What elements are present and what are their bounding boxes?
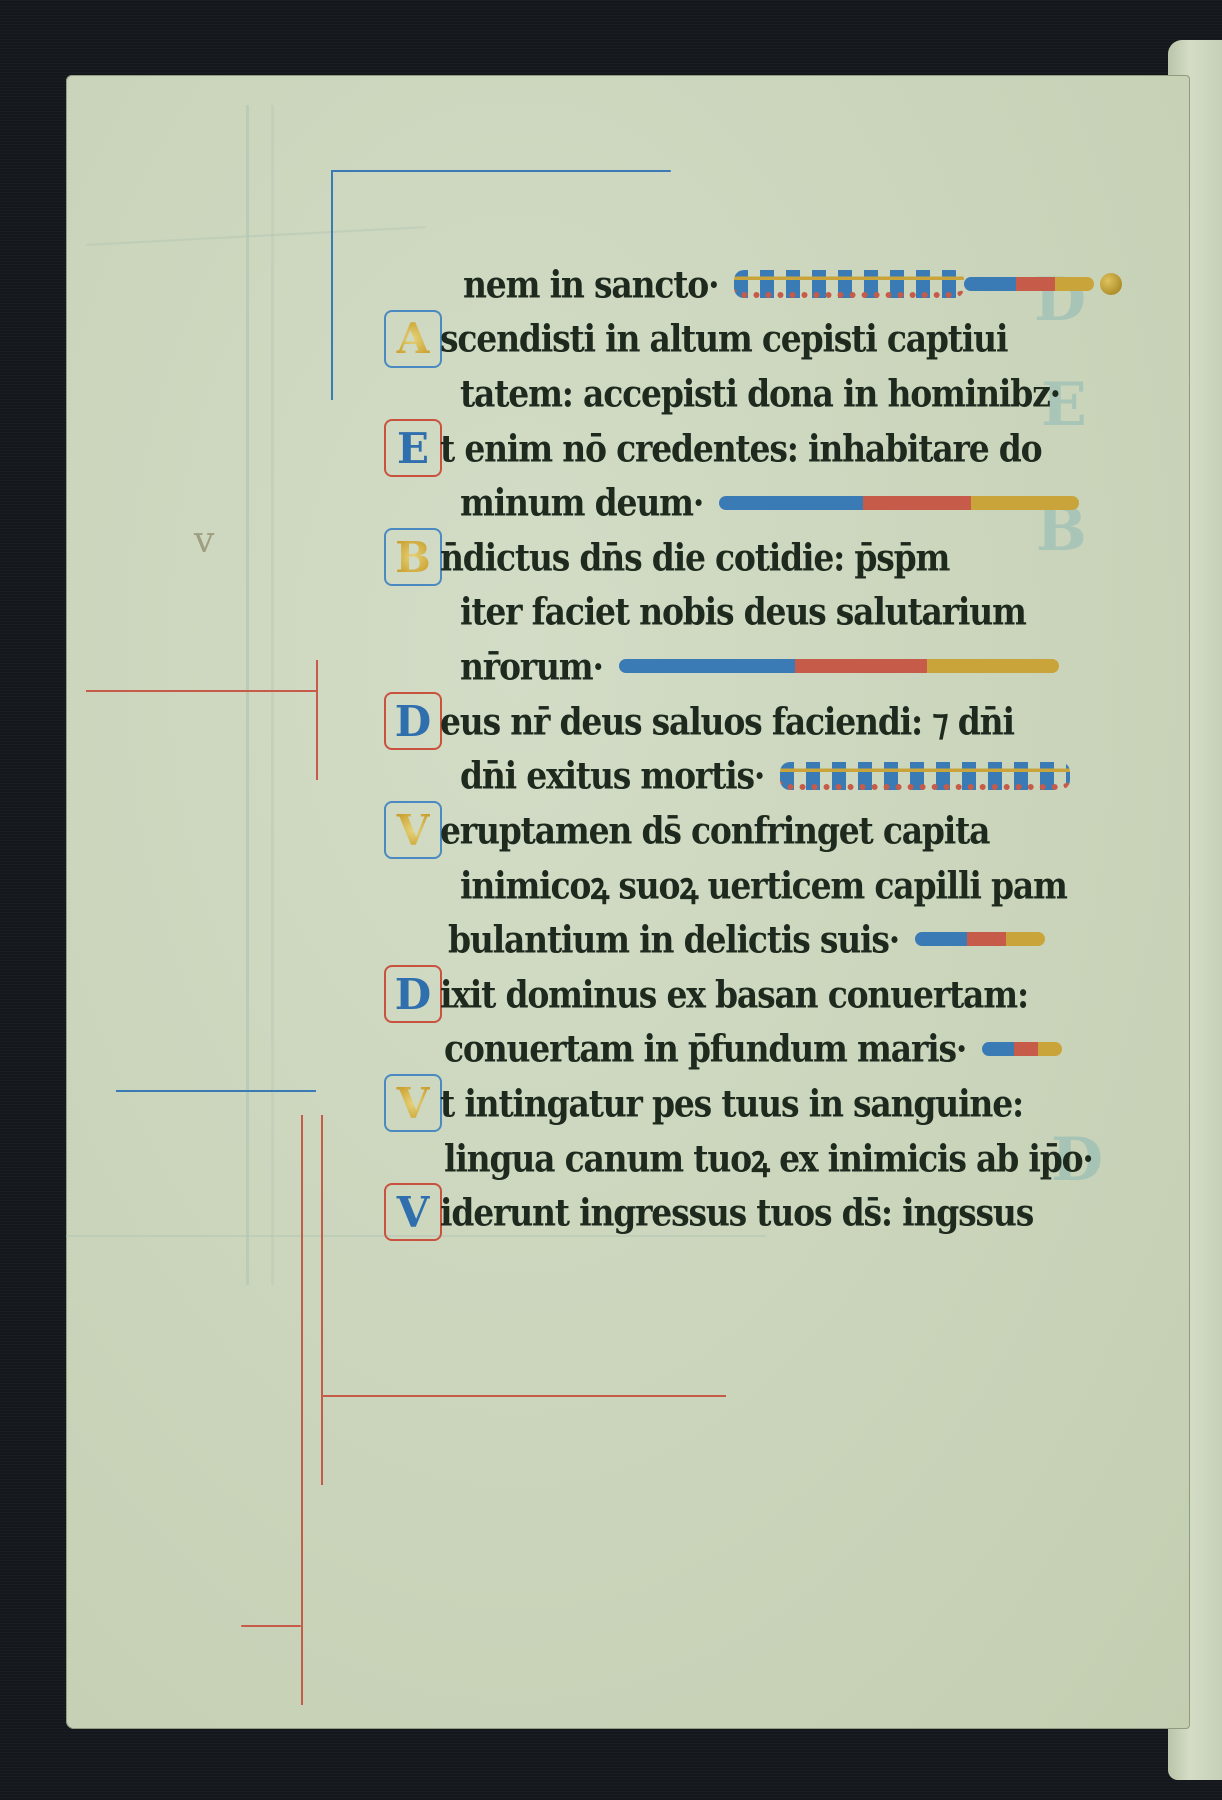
text-line: minum deum·	[388, 475, 1168, 530]
initial-letter: D	[388, 696, 438, 746]
line-filler-zigzag	[780, 762, 1070, 790]
text-line: V iderunt ingressus tuos ds̄: ingssus	[388, 1185, 1168, 1240]
text-line: conuertam in p̄fundum maris·	[388, 1021, 1168, 1076]
initial-letter: V	[388, 805, 438, 855]
blue-flourish-top	[331, 170, 671, 172]
line-text: scendisti in altum cepisti captiui	[440, 317, 1007, 361]
line-text: minum deum·	[460, 481, 703, 525]
text-line: inimicoꝝ suoꝝ uerticem capilli pam	[388, 858, 1168, 913]
text-line: B n̄dictus dn̄s die cotidie: p̄sp̄m	[388, 530, 1168, 585]
initial-letter: A	[388, 314, 438, 364]
line-text: inimicoꝝ suoꝝ uerticem capilli pam	[460, 860, 1067, 910]
initial-letter: B	[388, 532, 438, 582]
text-line: D eus nr̄ deus saluos faciendi: ⁊ dn̄i	[388, 694, 1168, 749]
line-text: iderunt ingressus tuos ds̄: ingssus	[440, 1191, 1033, 1235]
ruling-line	[86, 226, 426, 246]
text-line: V t intingatur pes tuus in sanguine:	[388, 1076, 1168, 1131]
line-text: lingua canum tuoꝝ ex inimicis ab ip̄o·	[444, 1133, 1093, 1183]
text-line: nem in sancto·	[388, 257, 1168, 312]
line-text: iter faciet nobis deus salutarium	[460, 590, 1026, 634]
line-filler-bar	[719, 496, 1079, 510]
line-text: t enim nō credentes: inhabitare do	[440, 426, 1041, 470]
red-flourish-bottom-stem-2	[321, 1115, 323, 1485]
text-line: tatem: accepisti dona in hominibz·	[388, 366, 1168, 421]
red-flourish-left	[86, 690, 316, 692]
line-text: dn̄i exitus mortis·	[460, 754, 764, 798]
text-line: bulantium in delictis suis·	[388, 912, 1168, 967]
initial-letter: V	[388, 1187, 438, 1237]
ruling-line	[271, 105, 274, 1285]
line-filler-bar	[619, 659, 1059, 673]
line-text: bulantium in delictis suis·	[448, 918, 899, 962]
line-text: ixit dominus ex basan conuertam:	[440, 972, 1028, 1016]
initial-letter: D	[388, 969, 438, 1019]
text-line: A scendisti in altum cepisti captiui	[388, 312, 1168, 367]
initial-letter: E	[388, 423, 438, 473]
line-text: nr̄orum·	[460, 645, 603, 689]
text-line: D ixit dominus ex basan conuertam:	[388, 967, 1168, 1022]
text-line: dn̄i exitus mortis·	[388, 748, 1168, 803]
red-flourish-stem	[316, 660, 318, 780]
text-line: nr̄orum·	[388, 639, 1168, 694]
margin-mark: v	[194, 520, 214, 561]
gold-dot-icon	[1100, 273, 1122, 295]
text-line: iter faciet nobis deus salutarium	[388, 585, 1168, 640]
red-flourish-bottom-bar	[321, 1395, 726, 1397]
line-filler-bar	[964, 277, 1094, 291]
line-text: eus nr̄ deus saluos faciendi: ⁊ dn̄i	[440, 699, 1014, 743]
line-text: nem in sancto·	[463, 262, 718, 306]
line-text: conuertam in p̄fundum maris·	[444, 1027, 966, 1071]
line-text: eruptamen ds̄ confringet capita	[440, 808, 989, 852]
blue-flourish-stem	[331, 170, 333, 400]
manuscript-page: v D E B D nem in sancto· A scendisti in …	[66, 75, 1190, 1729]
line-filler-bar	[915, 932, 1045, 946]
initial-letter: V	[388, 1078, 438, 1128]
text-line: lingua canum tuoꝝ ex inimicis ab ip̄o·	[388, 1131, 1168, 1186]
red-flourish-bottom-stem	[301, 1115, 303, 1705]
text-line: E t enim nō credentes: inhabitare do	[388, 421, 1168, 476]
red-flourish-tail	[241, 1625, 301, 1627]
text-line: V eruptamen ds̄ confringet capita	[388, 803, 1168, 858]
blue-flourish-left	[116, 1090, 316, 1092]
line-filler-bar	[982, 1042, 1062, 1056]
line-filler-zigzag	[734, 270, 964, 298]
ruling-line	[246, 105, 249, 1285]
line-text: t intingatur pes tuus in sanguine:	[440, 1081, 1023, 1125]
line-text: tatem: accepisti dona in hominibz·	[460, 372, 1060, 416]
text-block: nem in sancto· A scendisti in altum cepi…	[388, 257, 1168, 1240]
line-text: n̄dictus dn̄s die cotidie: p̄sp̄m	[440, 535, 949, 579]
